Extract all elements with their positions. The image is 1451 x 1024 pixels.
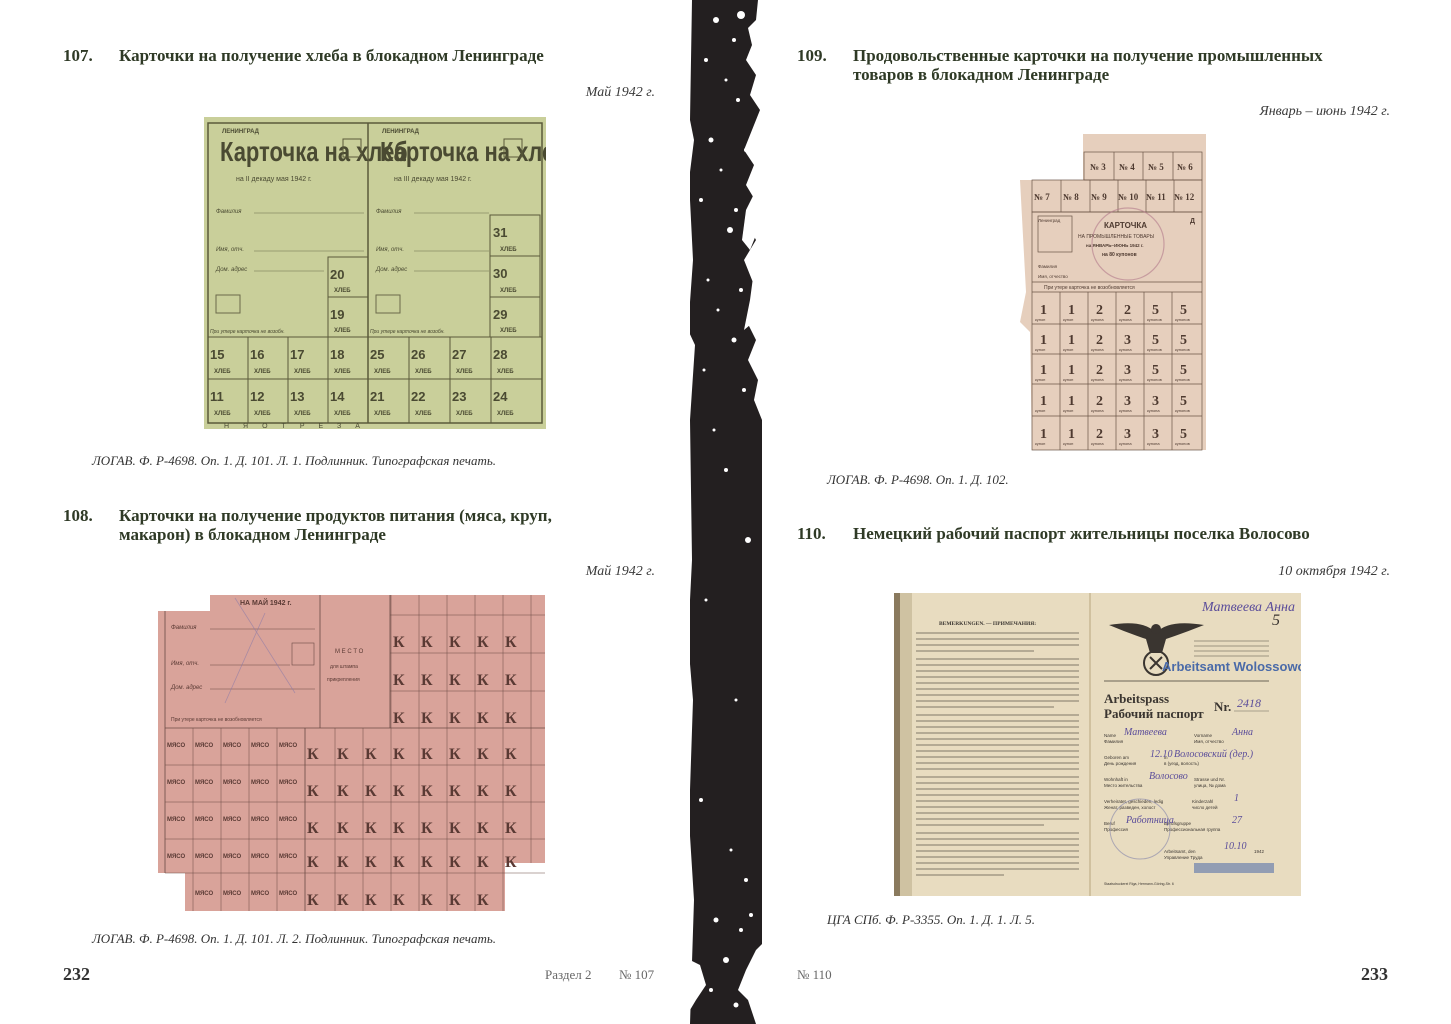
svg-text:Анна: Анна [1231,727,1253,738]
svg-text:ХЛЕБ: ХЛЕБ [500,328,517,334]
svg-text:№ 10: № 10 [1118,192,1139,202]
entry-109-title: 109. Продовольственные карточки на получ… [797,46,1417,86]
svg-text:3: 3 [1152,394,1159,409]
svg-text:купон: купон [1063,377,1073,382]
svg-text:При утере карточка не возобн.: При утере карточка не возобн. [370,329,445,335]
svg-text:купона: купона [1119,317,1132,322]
svg-text:К: К [477,820,489,837]
svg-text:12: 12 [250,389,264,404]
svg-text:ХЛЕБ: ХЛЕБ [334,288,351,294]
svg-text:прикрепления: прикрепления [327,677,360,683]
section-label: Раздел 2 [545,967,592,983]
svg-text:ХЛЕБ: ХЛЕБ [500,288,517,294]
bread-ration-card-image: ЛЕНИНГРАД ЛЕНИНГРАД Карточка на хлеб Кар… [204,117,546,429]
svg-text:К: К [393,672,405,689]
svg-text:К: К [393,634,405,651]
svg-text:К: К [477,672,489,689]
card-city-left: ЛЕНИНГРАД [222,129,260,135]
svg-text:К: К [393,892,405,909]
svg-text:купона: купона [1091,441,1104,446]
svg-text:МЯСО: МЯСО [195,854,213,860]
svg-text:К: К [421,783,433,800]
svg-text:28: 28 [493,347,507,362]
svg-text:1: 1 [1040,363,1047,378]
svg-text:27: 27 [1232,815,1243,826]
svg-text:К: К [477,634,489,651]
svg-text:Имя, отчество: Имя, отчество [1038,274,1068,279]
svg-text:5: 5 [1180,427,1187,442]
entry-number: 108. [63,506,118,525]
svg-text:К: К [477,746,489,763]
svg-text:№ 5: № 5 [1148,162,1164,172]
svg-text:3: 3 [1152,427,1159,442]
svg-text:К: К [449,672,461,689]
svg-text:на III декаду мая 1942 г.: на III декаду мая 1942 г. [394,176,472,183]
svg-text:купона: купона [1119,347,1132,352]
svg-text:К: К [449,820,461,837]
svg-text:Дом. адрес: Дом. адрес [170,685,202,691]
svg-text:К: К [505,634,517,651]
svg-text:1: 1 [1068,333,1075,348]
svg-text:5: 5 [1272,612,1280,629]
svg-text:купон: купон [1063,408,1073,413]
svg-text:ХЛЕБ: ХЛЕБ [456,411,473,417]
svg-text:21: 21 [370,389,384,404]
svg-text:К: К [365,854,377,871]
svg-text:купонов: купонов [1175,377,1190,382]
svg-text:Волосовский (дер.): Волосовский (дер.) [1174,749,1254,760]
svg-text:МЯСО: МЯСО [279,780,297,786]
svg-text:К: К [421,710,433,727]
svg-text:К: К [449,710,461,727]
svg-text:купонов: купонов [1175,441,1190,446]
svg-text:14: 14 [330,389,345,404]
svg-text:К: К [307,746,319,763]
svg-text:№ 6: № 6 [1177,162,1193,172]
svg-text:1: 1 [1068,363,1075,378]
svg-text:18: 18 [330,347,344,362]
svg-text:купонов: купонов [1147,347,1162,352]
svg-text:Д: Д [1190,218,1195,225]
svg-text:МЯСО: МЯСО [251,891,269,897]
svg-text:купон: купон [1063,317,1073,322]
svg-text:10.10: 10.10 [1224,841,1247,852]
svg-text:К: К [393,854,405,871]
svg-text:Arbeitsamt, den: Arbeitsamt, den [1164,849,1196,854]
svg-text:12.10: 12.10 [1150,749,1173,760]
book-spine [686,0,766,1024]
entry-title-line-1: Карточки на получение продуктов питания … [119,506,552,525]
entry-110-source: ЦГА СПб. Ф. Р-3355. Оп. 1. Д. 1. Л. 5. [827,912,1035,928]
svg-text:При утере карточка не возобнов: При утере карточка не возобновляется [1044,285,1135,291]
svg-text:Wohnhaft in: Wohnhaft in [1104,777,1128,782]
entry-107-date: Май 1942 г. [355,85,655,101]
svg-text:МЯСО: МЯСО [223,854,241,860]
svg-text:День рождения: День рождения [1104,761,1137,766]
svg-text:BEMERKUNGEN. — ПРИМЕЧАНИЯ:: BEMERKUNGEN. — ПРИМЕЧАНИЯ: [939,621,1036,627]
svg-text:купонов: купонов [1147,377,1162,382]
svg-text:5: 5 [1152,303,1159,318]
svg-text:К: К [337,892,349,909]
svg-text:К: К [365,892,377,909]
svg-text:К: К [449,746,461,763]
svg-text:МЯСО: МЯСО [195,780,213,786]
svg-text:К: К [505,746,517,763]
svg-text:Работница: Работница [1125,815,1174,826]
svg-text:ХЛЕБ: ХЛЕБ [334,369,351,375]
svg-text:Дом. адрес: Дом. адрес [215,267,247,273]
svg-text:ХЛЕБ: ХЛЕБ [334,328,351,334]
svg-text:К: К [421,672,433,689]
svg-text:26: 26 [411,347,425,362]
entry-108-date: Май 1942 г. [355,564,655,580]
svg-text:5: 5 [1180,363,1187,378]
svg-text:купона: купона [1119,377,1132,382]
svg-text:№ 3: № 3 [1090,162,1106,172]
svg-text:№ 11: № 11 [1146,192,1166,202]
svg-text:К: К [421,892,433,909]
svg-text:купонов: купонов [1147,317,1162,322]
svg-text:НА МАЙ 1942 г.: НА МАЙ 1942 г. [240,598,292,607]
svg-text:улица, № дома: улица, № дома [1194,783,1226,788]
svg-text:13: 13 [290,389,304,404]
svg-text:Волосово: Волосово [1149,771,1188,782]
spine-texture [686,0,766,1024]
left-page: 107. Карточки на получение хлеба в блока… [0,0,686,1024]
meat-cereal-ration-card-image: НА МАЙ 1942 г. Фамилия Имя, отч. Дом. ад… [155,593,545,913]
svg-text:М Е С Т О: М Е С Т О [335,649,364,655]
svg-text:Профессиональная группа: Профессиональная группа [1164,827,1221,832]
svg-text:купона: купона [1147,408,1160,413]
svg-text:5: 5 [1152,363,1159,378]
svg-text:МЯСО: МЯСО [167,743,185,749]
svg-text:К: К [421,634,433,651]
svg-text:1: 1 [1040,394,1047,409]
svg-text:МЯСО: МЯСО [251,780,269,786]
entry-109-source: ЛОГАВ. Ф. Р-4698. Оп. 1. Д. 102. [827,472,1009,488]
svg-text:МЯСО: МЯСО [279,817,297,823]
svg-text:купон: купон [1035,441,1045,446]
svg-text:на ЯНВАРЬ–ИЮНЬ 1942 г.: на ЯНВАРЬ–ИЮНЬ 1942 г. [1086,243,1144,248]
svg-text:16: 16 [250,347,264,362]
svg-text:МЯСО: МЯСО [279,854,297,860]
svg-text:МЯСО: МЯСО [223,891,241,897]
svg-text:Фамилия: Фамилия [216,209,242,215]
svg-text:число детей: число детей [1192,804,1218,810]
svg-text:К: К [505,672,517,689]
svg-text:№ 9: № 9 [1091,192,1107,202]
svg-text:купон: купон [1063,441,1073,446]
svg-text:купона: купона [1119,441,1132,446]
german-work-passport-image: BEMERKUNGEN. — ПРИМЕЧАНИЯ: Arbeit [894,593,1301,896]
entry-110-date: 10 октября 1942 г. [1090,564,1390,580]
svg-text:Рабочий паспорт: Рабочий паспорт [1104,706,1204,721]
svg-text:К: К [505,854,517,871]
svg-text:К: К [307,854,319,871]
entry-title-line-1: Продовольственные карточки на получение … [853,46,1323,65]
svg-text:1: 1 [1068,303,1075,318]
svg-text:К: К [393,820,405,837]
svg-text:3: 3 [1124,363,1131,378]
svg-text:купона: купона [1119,408,1132,413]
entry-108-title: 108. Карточки на получение продуктов пит… [63,506,663,546]
svg-text:Nr.: Nr. [1214,699,1231,714]
svg-text:МЯСО: МЯСО [195,743,213,749]
svg-text:К: К [337,746,349,763]
svg-text:МЯСО: МЯСО [223,743,241,749]
page-number-right: 233 [1361,964,1388,985]
svg-text:Матвеева: Матвеева [1123,727,1167,738]
svg-text:№ 4: № 4 [1119,162,1135,172]
svg-text:Фамилия: Фамилия [376,209,402,215]
svg-text:Strasse und Nr.: Strasse und Nr. [1194,777,1225,782]
svg-text:К: К [337,783,349,800]
svg-text:К: К [337,820,349,837]
svg-text:на II декаду мая 1942 г.: на II декаду мая 1942 г. [236,176,312,183]
svg-text:МЯСО: МЯСО [279,743,297,749]
doc-ref-left: № 107 [619,967,654,983]
svg-text:11: 11 [210,389,224,404]
svg-text:купон: купон [1063,347,1073,352]
svg-text:ХЛЕБ: ХЛЕБ [214,411,231,417]
svg-text:19: 19 [330,307,344,322]
entry-title-text: Немецкий рабочий паспорт жительницы посе… [853,524,1310,543]
svg-text:ХЛЕБ: ХЛЕБ [294,411,311,417]
svg-text:купон: купон [1035,408,1045,413]
svg-text:Kinderzahl: Kinderzahl [1192,799,1213,804]
svg-text:2: 2 [1096,333,1103,348]
svg-text:3: 3 [1124,427,1131,442]
svg-text:К: К [477,783,489,800]
svg-text:3: 3 [1124,394,1131,409]
svg-text:Имя, отчество: Имя, отчество [1194,739,1224,744]
svg-text:Имя, отч.: Имя, отч. [376,247,404,253]
svg-text:25: 25 [370,347,384,362]
svg-text:К: К [337,854,349,871]
svg-text:Staatsdruckerei Riga, Hermann-: Staatsdruckerei Riga, Hermann-Göring-Str… [1104,882,1174,886]
svg-text:При утере карточка не возобнов: При утере карточка не возобновляется [171,717,262,723]
entry-number: 107. [63,46,118,65]
svg-text:К: К [477,854,489,871]
svg-text:Geboren am: Geboren am [1104,755,1129,760]
svg-text:К: К [365,783,377,800]
svg-text:ХЛЕБ: ХЛЕБ [456,369,473,375]
entry-110-title: 110. Немецкий рабочий паспорт жительницы… [797,524,1417,544]
svg-text:Дом. адрес: Дом. адрес [375,267,407,273]
svg-text:для штампа: для штампа [330,664,358,670]
svg-text:ХЛЕБ: ХЛЕБ [374,411,391,417]
entry-number: 110. [797,524,852,543]
svg-text:ЛЕНИНГРАД: ЛЕНИНГРАД [382,129,420,135]
svg-text:МЯСО: МЯСО [251,854,269,860]
svg-text:К: К [393,710,405,727]
entry-108-source: ЛОГАВ. Ф. Р-4698. Оп. 1. Д. 101. Л. 2. П… [92,931,496,947]
svg-text:5: 5 [1180,303,1187,318]
svg-text:Name: Name [1104,733,1117,738]
entry-title-line-2: товаров в блокадном Ленинграде [853,65,1109,84]
svg-text:НА ПРОМЫШЛЕННЫЕ ТОВАРЫ: НА ПРОМЫШЛЕННЫЕ ТОВАРЫ [1078,234,1155,240]
svg-text:купонов: купонов [1175,408,1190,413]
svg-text:27: 27 [452,347,466,362]
svg-text:НЯОТРЕЗА: НЯОТРЕЗА [224,423,374,429]
svg-text:Имя, отч.: Имя, отч. [216,247,244,253]
svg-text:ХЛЕБ: ХЛЕБ [254,369,271,375]
svg-text:купона: купона [1091,347,1104,352]
svg-text:купона: купона [1091,317,1104,322]
svg-text:При утере карточка не возобн.: При утере карточка не возобн. [210,329,285,335]
svg-text:купон: купон [1035,377,1045,382]
svg-text:2: 2 [1124,303,1131,318]
svg-text:5: 5 [1180,394,1187,409]
svg-text:1942: 1942 [1254,849,1265,854]
svg-text:15: 15 [210,347,224,362]
svg-text:3: 3 [1124,333,1131,348]
svg-text:купонов: купонов [1175,347,1190,352]
svg-text:ХЛЕБ: ХЛЕБ [500,247,517,253]
svg-text:К: К [307,820,319,837]
svg-text:купона: купона [1147,441,1160,446]
svg-text:Arbeitsamt Wolossowo: Arbeitsamt Wolossowo [1162,659,1301,674]
svg-text:Arbeitspass: Arbeitspass [1104,691,1169,706]
svg-text:20: 20 [330,267,344,282]
svg-text:№ 8: № 8 [1063,192,1079,202]
svg-text:К: К [505,820,517,837]
svg-text:К: К [449,854,461,871]
svg-text:К: К [449,634,461,651]
entry-107-title: 107. Карточки на получение хлеба в блока… [63,46,663,66]
svg-text:Матвеева Анна: Матвеева Анна [1201,600,1295,615]
svg-text:2: 2 [1096,363,1103,378]
svg-text:МЯСО: МЯСО [223,817,241,823]
svg-text:К: К [421,820,433,837]
svg-text:ХЛЕБ: ХЛЕБ [214,369,231,375]
svg-text:ХЛЕБ: ХЛЕБ [334,411,351,417]
svg-text:1: 1 [1068,394,1075,409]
svg-text:ХЛЕБ: ХЛЕБ [497,411,514,417]
svg-text:Фамилия: Фамилия [1104,739,1124,744]
entry-109-date: Январь – июнь 1942 г. [1090,104,1390,120]
svg-text:МЯСО: МЯСО [167,854,185,860]
entry-number: 109. [797,46,852,65]
svg-text:Ленинград: Ленинград [1038,218,1061,223]
svg-text:МЯСО: МЯСО [167,780,185,786]
svg-text:купона: купона [1091,377,1104,382]
svg-text:на 80 купонов: на 80 купонов [1102,252,1137,258]
svg-text:МЯСО: МЯСО [195,817,213,823]
svg-text:К: К [449,783,461,800]
entry-title-text: Карточки на получение хлеба в блокадном … [119,46,544,65]
entry-title-line-2: макарон) в блокадном Ленинграде [119,525,386,544]
svg-text:в (уезд, волость): в (уезд, волость) [1164,761,1199,766]
entry-107-source: ЛОГАВ. Ф. Р-4698. Оп. 1. Д. 101. Л. 1. П… [92,453,496,469]
svg-text:ХЛЕБ: ХЛЕБ [294,369,311,375]
svg-text:Vorname: Vorname [1194,733,1213,738]
svg-text:Карточка на хлеб: Карточка на хлеб [380,137,546,168]
svg-text:купон: купон [1035,317,1045,322]
svg-text:ХЛЕБ: ХЛЕБ [415,411,432,417]
svg-text:МЯСО: МЯСО [251,817,269,823]
svg-text:Фамилия: Фамилия [171,625,197,631]
svg-text:К: К [307,783,319,800]
svg-text:ХЛЕБ: ХЛЕБ [415,369,432,375]
svg-text:МЯСО: МЯСО [195,891,213,897]
svg-text:24: 24 [493,389,508,404]
svg-text:КАРТОЧКА: КАРТОЧКА [1104,221,1147,230]
svg-text:Фамилия: Фамилия [1038,264,1058,269]
svg-text:1: 1 [1068,427,1075,442]
svg-text:Место жительства: Место жительства [1104,783,1143,788]
svg-text:23: 23 [452,389,466,404]
svg-text:К: К [421,854,433,871]
svg-text:1: 1 [1234,793,1239,804]
svg-text:МЯСО: МЯСО [279,891,297,897]
svg-text:К: К [365,820,377,837]
right-page: 109. Продовольственные карточки на получ… [766,0,1451,1024]
svg-text:ХЛЕБ: ХЛЕБ [374,369,391,375]
svg-text:МЯСО: МЯСО [251,743,269,749]
svg-text:К: К [477,710,489,727]
svg-text:К: К [477,892,489,909]
page-number-left: 232 [63,964,90,985]
svg-text:30: 30 [493,266,507,281]
svg-text:1: 1 [1040,427,1047,442]
svg-text:№ 12: № 12 [1174,192,1195,202]
svg-text:К: К [365,746,377,763]
svg-text:Женат, разведен, холост: Женат, разведен, холост [1104,805,1156,810]
svg-text:29: 29 [493,307,507,322]
svg-text:К: К [393,783,405,800]
svg-text:2: 2 [1096,394,1103,409]
svg-text:К: К [421,746,433,763]
svg-text:купона: купона [1091,408,1104,413]
industrial-goods-ration-card-image: № 3№ 4№ 5№ 6 № 7№ 8№ 9№ 10№ 11№ 12 Ленин… [1018,132,1208,452]
doc-ref-right: № 110 [797,967,832,983]
svg-text:22: 22 [411,389,425,404]
svg-text:К: К [307,892,319,909]
svg-text:МЯСО: МЯСО [223,780,241,786]
svg-text:Управление Труда: Управление Труда [1164,855,1203,860]
svg-text:2418: 2418 [1237,696,1261,710]
svg-text:17: 17 [290,347,304,362]
svg-text:К: К [393,746,405,763]
svg-text:1: 1 [1040,303,1047,318]
svg-text:5: 5 [1152,333,1159,348]
svg-text:К: К [449,892,461,909]
svg-text:купон: купон [1035,347,1045,352]
svg-text:2: 2 [1096,303,1103,318]
svg-text:Профессия: Профессия [1104,827,1128,832]
svg-text:2: 2 [1096,427,1103,442]
svg-text:31: 31 [493,225,507,240]
svg-text:Имя, отч.: Имя, отч. [171,661,199,667]
svg-text:К: К [505,783,517,800]
svg-text:К: К [505,710,517,727]
svg-text:5: 5 [1180,333,1187,348]
svg-text:ХЛЕБ: ХЛЕБ [497,369,514,375]
svg-text:№ 7: № 7 [1034,192,1050,202]
svg-text:ХЛЕБ: ХЛЕБ [254,411,271,417]
svg-text:1: 1 [1040,333,1047,348]
svg-text:МЯСО: МЯСО [167,817,185,823]
svg-text:купонов: купонов [1175,317,1190,322]
